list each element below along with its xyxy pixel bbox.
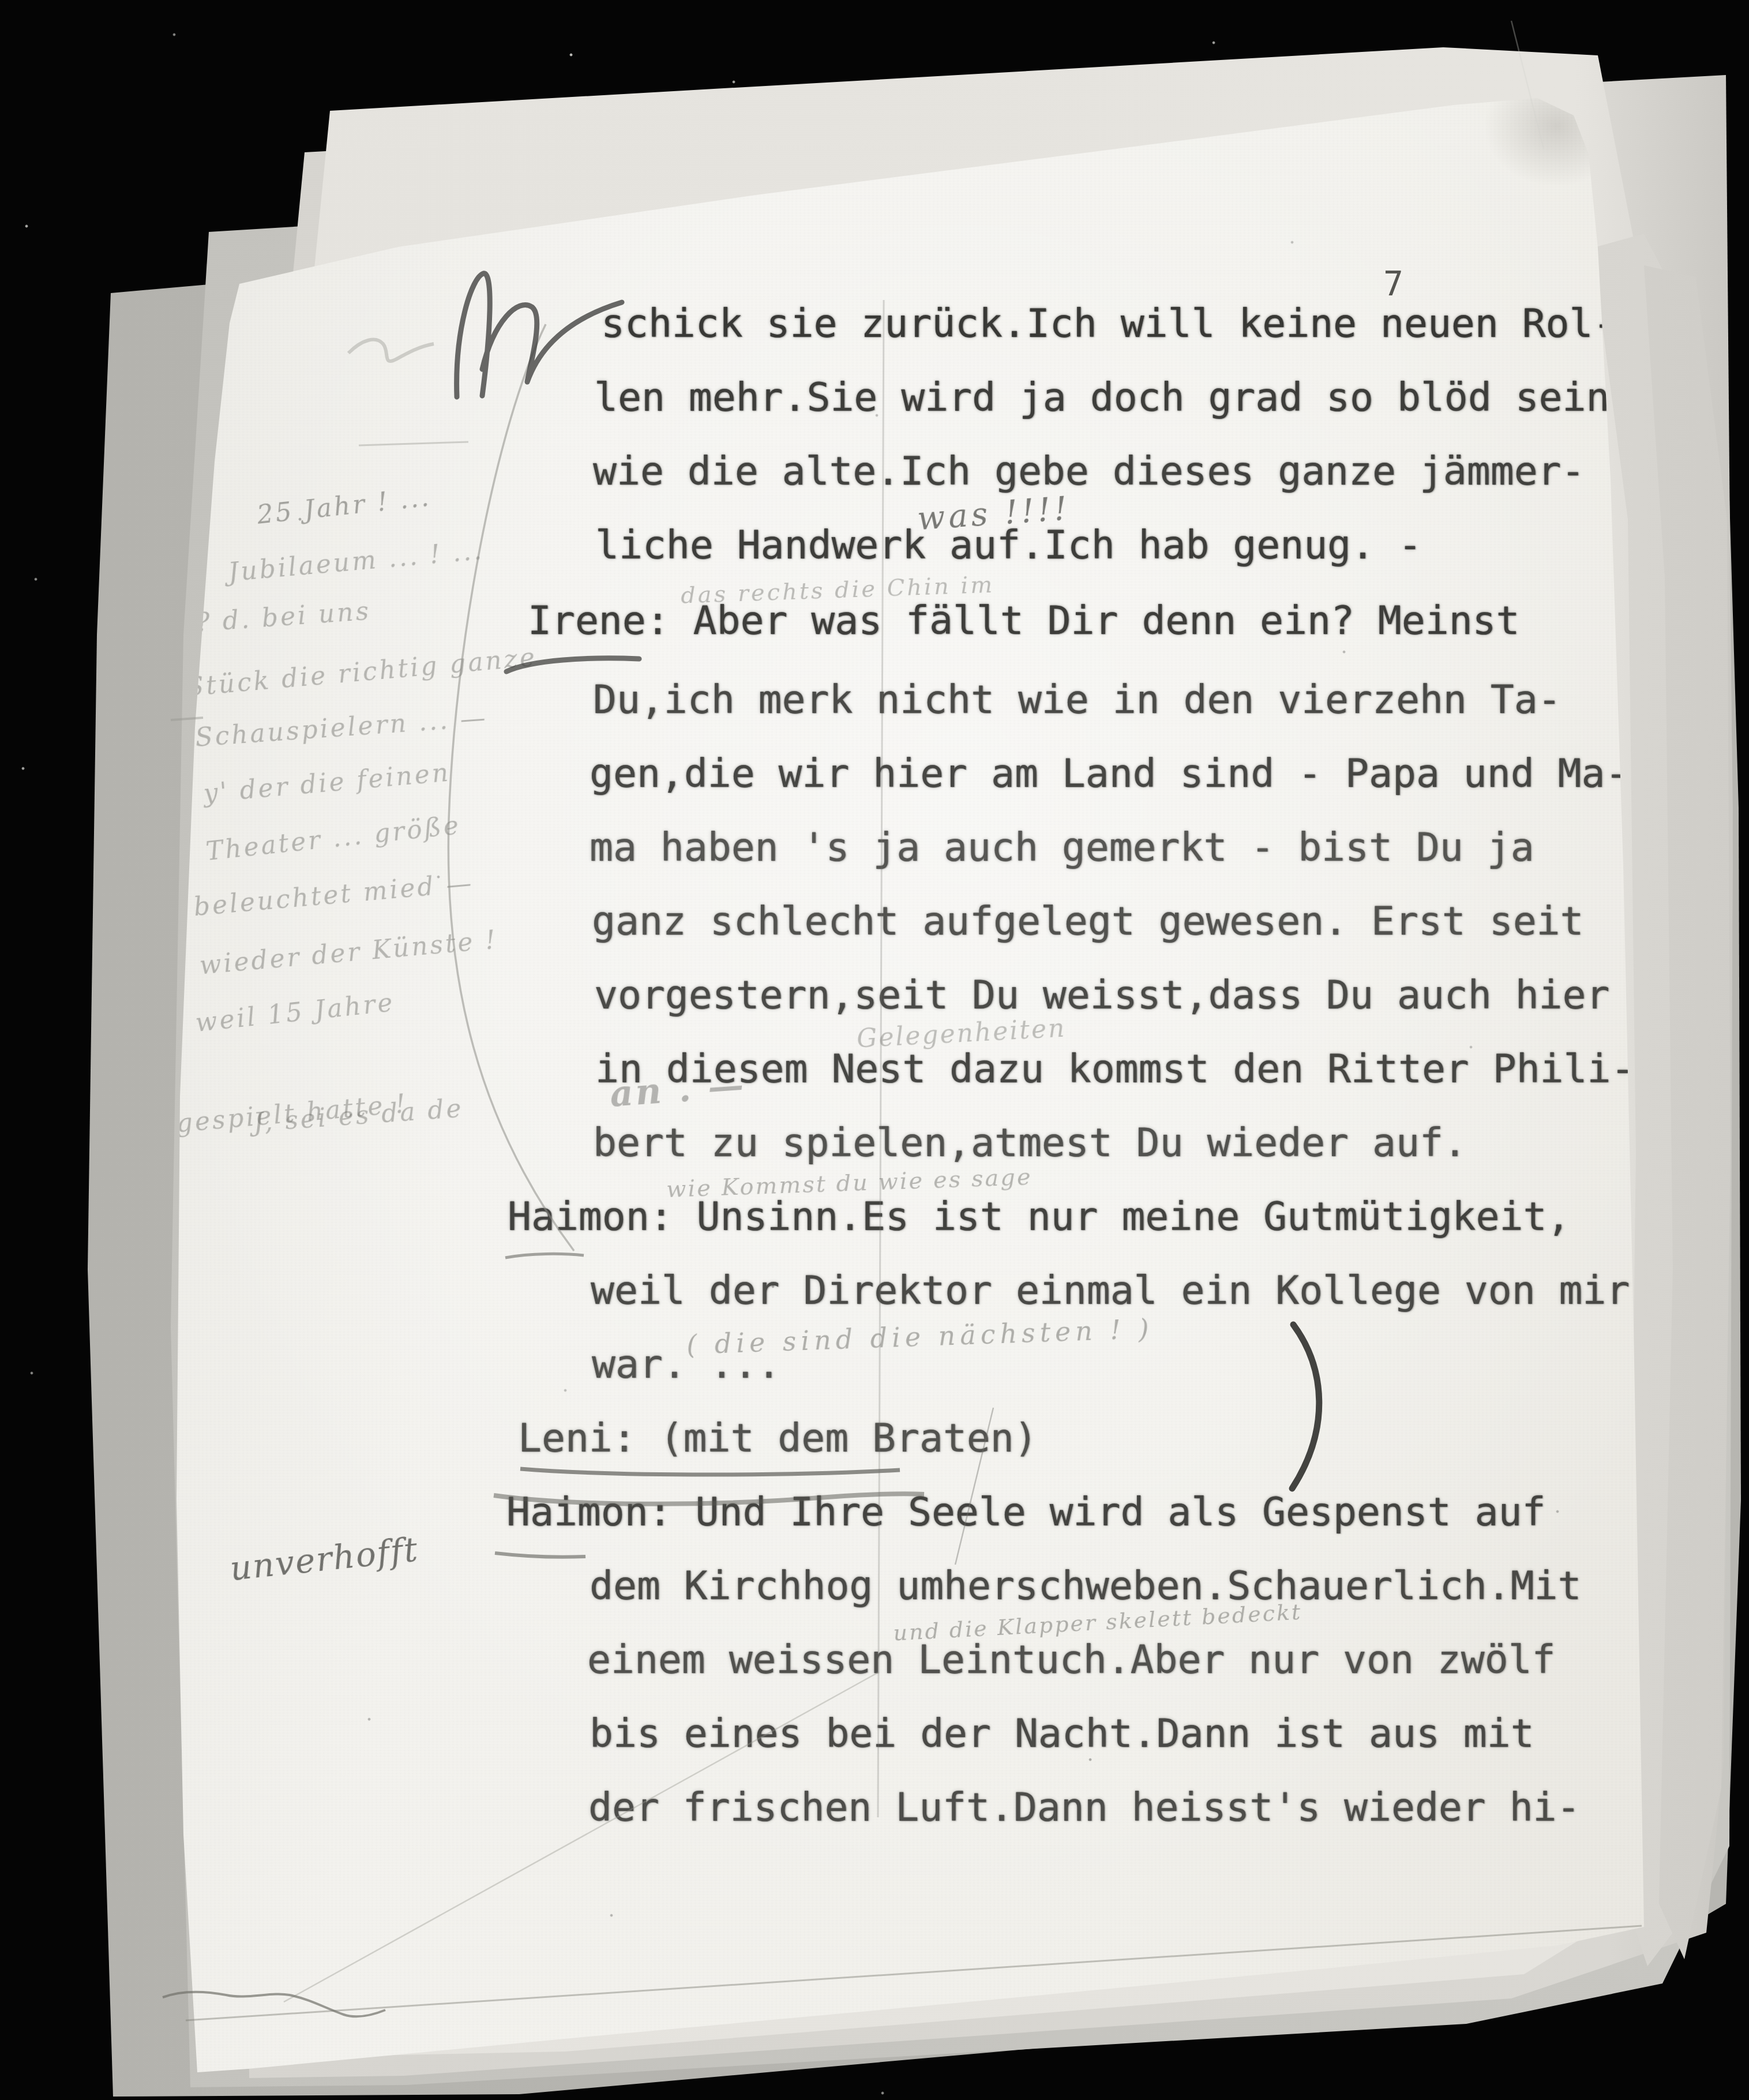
typescript-page: 7 schick sie zurück.Ich will keine neuen… (0, 0, 1749, 2100)
typescript-line: bis eines bei der Nacht.Dann ist aus mit (590, 1715, 1534, 1754)
page-number: 7 (1383, 264, 1403, 303)
typescript-line: gen,die wir hier am Land sind - Papa und… (590, 755, 1628, 794)
typescript-line: ganz schlecht aufgelegt gewesen. Erst se… (592, 902, 1583, 942)
typescript-line: wie die alte.Ich gebe dieses ganze jämme… (593, 452, 1585, 492)
typescript-line: Leni: (mit dem Braten) (518, 1419, 1038, 1458)
typescript-line: schick sie zurück.Ich will keine neuen R… (601, 305, 1616, 344)
typescript-line: liche Handwerk auf.Ich hab genug. - (595, 526, 1422, 565)
scanned-typescript-photo: 7 schick sie zurück.Ich will keine neuen… (0, 0, 1749, 2100)
typescript-line: in diesem Nest dazu kommst den Ritter Ph… (595, 1050, 1634, 1089)
typescript-line: vorgestern,seit Du weisst,dass Du auch h… (594, 976, 1609, 1015)
typescript-line: Haimon: Unsinn.Es ist nur meine Gutmütig… (508, 1198, 1570, 1237)
typescript-line: Irene: Aber was fällt Dir denn ein? Mein… (528, 602, 1519, 641)
typescript-line: ma haben 's ja auch gemerkt - bist Du ja (590, 828, 1534, 868)
typescript-line: Du,ich merk nicht wie in den vierzehn Ta… (593, 681, 1562, 720)
typescript-line: weil der Direktor einmal ein Kollege von… (591, 1272, 1630, 1311)
typescript-line: einem weissen Leintuch.Aber nur von zwöl… (587, 1641, 1556, 1680)
typescript-line: der frischen Luft.Dann heisst's wieder h… (588, 1788, 1580, 1828)
typescript-line: Haimon: Und Ihre Seele wird als Gespenst… (506, 1493, 1545, 1532)
typescript-line: dem Kirchhog umherschweben.Schauerlich.M… (590, 1567, 1581, 1606)
pencil-note-margin-dark: an . — (609, 1063, 748, 1115)
typescript-line: len mehr.Sie wird ja doch grad so blöd s… (594, 378, 1609, 418)
